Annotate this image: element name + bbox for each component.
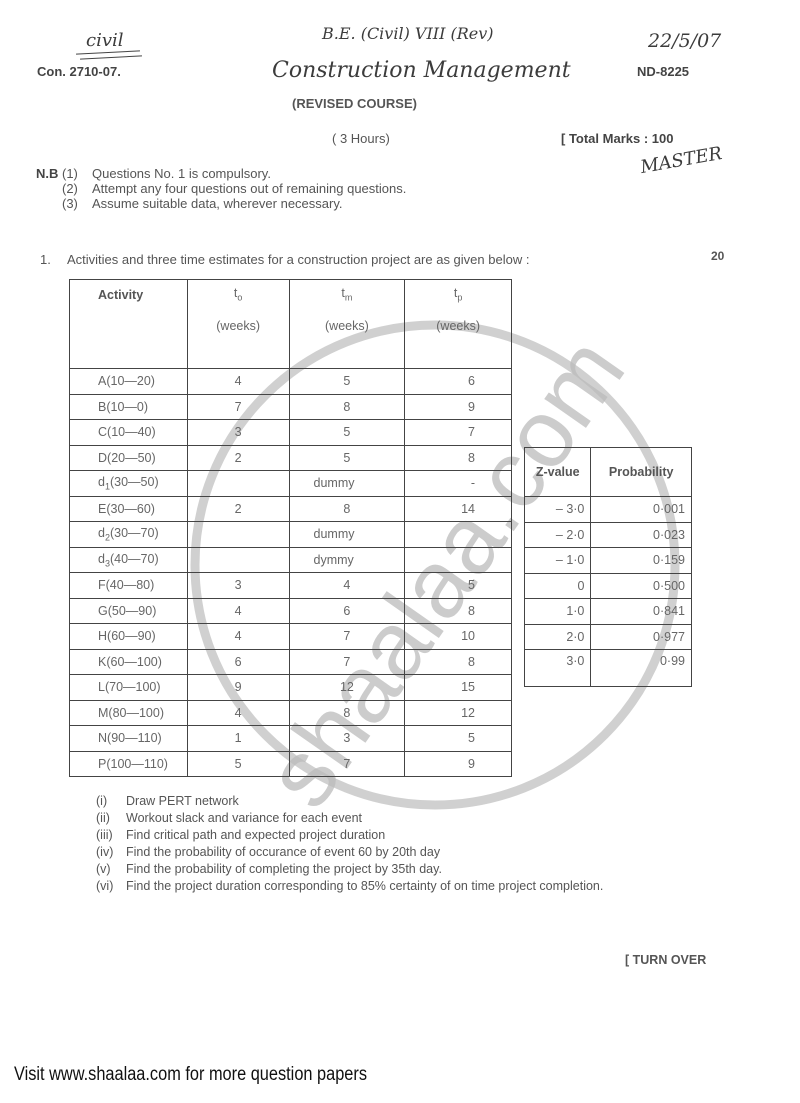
- activity-cell: F(40—80): [70, 573, 188, 599]
- activity-cell: B(10—0): [70, 394, 188, 420]
- table-row: K(60—100)6 7 8: [70, 649, 512, 675]
- handwritten-course: B.E. (Civil) VIII (Rev): [322, 24, 494, 43]
- tp-cell: 6: [405, 369, 512, 395]
- question-1-text: 1.Activities and three time estimates fo…: [40, 252, 529, 267]
- tm-cell: 7: [289, 649, 405, 675]
- instructions-block: N.B(1)Questions No. 1 is compulsory. (2)…: [36, 166, 406, 211]
- to-cell: 7: [187, 394, 289, 420]
- tp-cell: [405, 522, 512, 548]
- subquestion-item: (iii)Find critical path and expected pro…: [96, 827, 603, 844]
- z-value-cell: – 3·0: [525, 497, 591, 523]
- table-row: N(90—110)1 3 5: [70, 726, 512, 752]
- to-cell: 2: [187, 445, 289, 471]
- header-z-value: Z-value: [525, 448, 591, 497]
- tm-cell: 5: [289, 369, 405, 395]
- tp-cell: -: [405, 471, 512, 497]
- probability-cell: 0·500: [591, 573, 692, 599]
- table-row: E(30—60)2 8 14: [70, 496, 512, 522]
- activity-cell: D(20—50): [70, 445, 188, 471]
- to-cell: 3: [187, 573, 289, 599]
- activity-cell: d2(30—70): [70, 522, 188, 548]
- instruction-item: N.B(1)Questions No. 1 is compulsory.: [36, 166, 406, 181]
- table-row: D(20—50)2 5 8: [70, 445, 512, 471]
- z-value-cell: – 2·0: [525, 522, 591, 548]
- table-header-row: Z-value Probability: [525, 448, 692, 497]
- tm-cell: 7: [289, 751, 405, 777]
- probability-cell: 0·159: [591, 548, 692, 574]
- table-row: d2(30—70) dummy: [70, 522, 512, 548]
- to-cell: [187, 547, 289, 573]
- to-cell: 4: [187, 369, 289, 395]
- question-1-marks: 20: [711, 249, 724, 263]
- table-row: L(70—100)9 12 15: [70, 675, 512, 701]
- probability-cell: 0·023: [591, 522, 692, 548]
- activity-time-estimates-table: Activity to (weeks) tm (weeks) tp (weeks…: [69, 279, 512, 777]
- tm-cell: 7: [289, 624, 405, 650]
- activity-cell: G(50—90): [70, 598, 188, 624]
- to-cell: 4: [187, 598, 289, 624]
- header-probability: Probability: [591, 448, 692, 497]
- table-row: F(40—80)3 4 5: [70, 573, 512, 599]
- table-row: – 2·0 0·023: [525, 522, 692, 548]
- handwritten-branch-note: civil: [86, 30, 124, 51]
- dummy-cell: dummy: [289, 522, 405, 548]
- activity-cell: L(70—100): [70, 675, 188, 701]
- tp-cell: 9: [405, 394, 512, 420]
- table-row: 3·0 0·99: [525, 650, 692, 687]
- probability-cell: 0·99: [591, 650, 692, 687]
- tp-cell: 14: [405, 496, 512, 522]
- table-row: 1·0 0·841: [525, 599, 692, 625]
- paper-code: ND-8225: [637, 64, 689, 79]
- table-row: d3(40—70) dymmy: [70, 547, 512, 573]
- tp-cell: 5: [405, 726, 512, 752]
- tm-cell: 6: [289, 598, 405, 624]
- to-cell: 3: [187, 420, 289, 446]
- header-activity: Activity: [70, 280, 188, 369]
- activity-cell: K(60—100): [70, 649, 188, 675]
- table-row: 0 0·500: [525, 573, 692, 599]
- dummy-cell: dymmy: [289, 547, 405, 573]
- handwritten-signature: MASTER: [639, 143, 724, 178]
- tm-cell: 3: [289, 726, 405, 752]
- tm-cell: 8: [289, 700, 405, 726]
- total-marks-label: [ Total Marks : 100: [561, 131, 673, 146]
- handwritten-subject-title: Construction Management: [272, 58, 571, 83]
- header-tm: tm (weeks): [289, 280, 405, 369]
- subquestions-list: (i)Draw PERT network(ii)Workout slack an…: [96, 793, 603, 895]
- z-value-cell: 1·0: [525, 599, 591, 625]
- tm-cell: 5: [289, 420, 405, 446]
- probability-cell: 0·001: [591, 497, 692, 523]
- dummy-cell: dummy: [289, 471, 405, 497]
- subquestion-item: (vi)Find the project duration correspond…: [96, 878, 603, 895]
- instruction-item: (2)Attempt any four questions out of rem…: [36, 181, 406, 196]
- to-cell: 4: [187, 700, 289, 726]
- activity-cell: E(30—60): [70, 496, 188, 522]
- activity-cell: d3(40—70): [70, 547, 188, 573]
- to-cell: 1: [187, 726, 289, 752]
- tm-cell: 5: [289, 445, 405, 471]
- tp-cell: 5: [405, 573, 512, 599]
- tp-cell: 10: [405, 624, 512, 650]
- table-row: 2·0 0·977: [525, 624, 692, 650]
- probability-cell: 0·977: [591, 624, 692, 650]
- tp-cell: 9: [405, 751, 512, 777]
- table-row: A(10—20)4 5 6: [70, 369, 512, 395]
- table-row: M(80—100)4 8 12: [70, 700, 512, 726]
- table-row: C(10—40)3 5 7: [70, 420, 512, 446]
- handwritten-date: 22/5/07: [648, 30, 721, 52]
- tp-cell: 12: [405, 700, 512, 726]
- z-value-cell: – 1·0: [525, 548, 591, 574]
- subquestion-item: (iv)Find the probability of occurance of…: [96, 844, 603, 861]
- table-row: H(60—90)4 7 10: [70, 624, 512, 650]
- table-row: d1(30—50) dummy -: [70, 471, 512, 497]
- probability-cell: 0·841: [591, 599, 692, 625]
- activity-cell: d1(30—50): [70, 471, 188, 497]
- subquestion-item: (ii)Workout slack and variance for each …: [96, 810, 603, 827]
- table-row: – 1·0 0·159: [525, 548, 692, 574]
- to-cell: [187, 471, 289, 497]
- z-value-probability-table: Z-value Probability – 3·0 0·001– 2·0 0·0…: [524, 447, 692, 687]
- tm-cell: 12: [289, 675, 405, 701]
- footer-promo-text: Visit www.shaalaa.com for more question …: [14, 1064, 367, 1086]
- table-row: B(10—0)7 8 9: [70, 394, 512, 420]
- tp-cell: 8: [405, 445, 512, 471]
- table-row: – 3·0 0·001: [525, 497, 692, 523]
- to-cell: 5: [187, 751, 289, 777]
- tp-cell: 7: [405, 420, 512, 446]
- to-cell: 4: [187, 624, 289, 650]
- tm-cell: 8: [289, 394, 405, 420]
- tp-cell: [405, 547, 512, 573]
- z-value-cell: 2·0: [525, 624, 591, 650]
- subquestion-item: (v)Find the probability of completing th…: [96, 861, 603, 878]
- to-cell: 6: [187, 649, 289, 675]
- z-value-cell: 0: [525, 573, 591, 599]
- con-code: Con. 2710-07.: [37, 64, 121, 79]
- tp-cell: 15: [405, 675, 512, 701]
- duration-label: ( 3 Hours): [332, 131, 390, 146]
- header-tp: tp (weeks): [405, 280, 512, 369]
- table-row: G(50—90)4 6 8: [70, 598, 512, 624]
- tm-cell: 8: [289, 496, 405, 522]
- tp-cell: 8: [405, 649, 512, 675]
- nb-label: N.B: [36, 166, 62, 181]
- turn-over-label: [ TURN OVER: [625, 953, 706, 967]
- underline-divider: [80, 55, 142, 59]
- activity-cell: N(90—110): [70, 726, 188, 752]
- header-to: to (weeks): [187, 280, 289, 369]
- z-value-cell: 3·0: [525, 650, 591, 687]
- to-cell: [187, 522, 289, 548]
- table-row: P(100—110)5 7 9: [70, 751, 512, 777]
- to-cell: 2: [187, 496, 289, 522]
- instruction-item: (3)Assume suitable data, wherever necess…: [36, 196, 406, 211]
- to-cell: 9: [187, 675, 289, 701]
- activity-cell: M(80—100): [70, 700, 188, 726]
- activity-cell: H(60—90): [70, 624, 188, 650]
- table-header-row: Activity to (weeks) tm (weeks) tp (weeks…: [70, 280, 512, 369]
- activity-cell: A(10—20): [70, 369, 188, 395]
- activity-cell: C(10—40): [70, 420, 188, 446]
- subquestion-item: (i)Draw PERT network: [96, 793, 603, 810]
- tp-cell: 8: [405, 598, 512, 624]
- tm-cell: 4: [289, 573, 405, 599]
- revised-course-label: (REVISED COURSE): [292, 96, 417, 111]
- activity-cell: P(100—110): [70, 751, 188, 777]
